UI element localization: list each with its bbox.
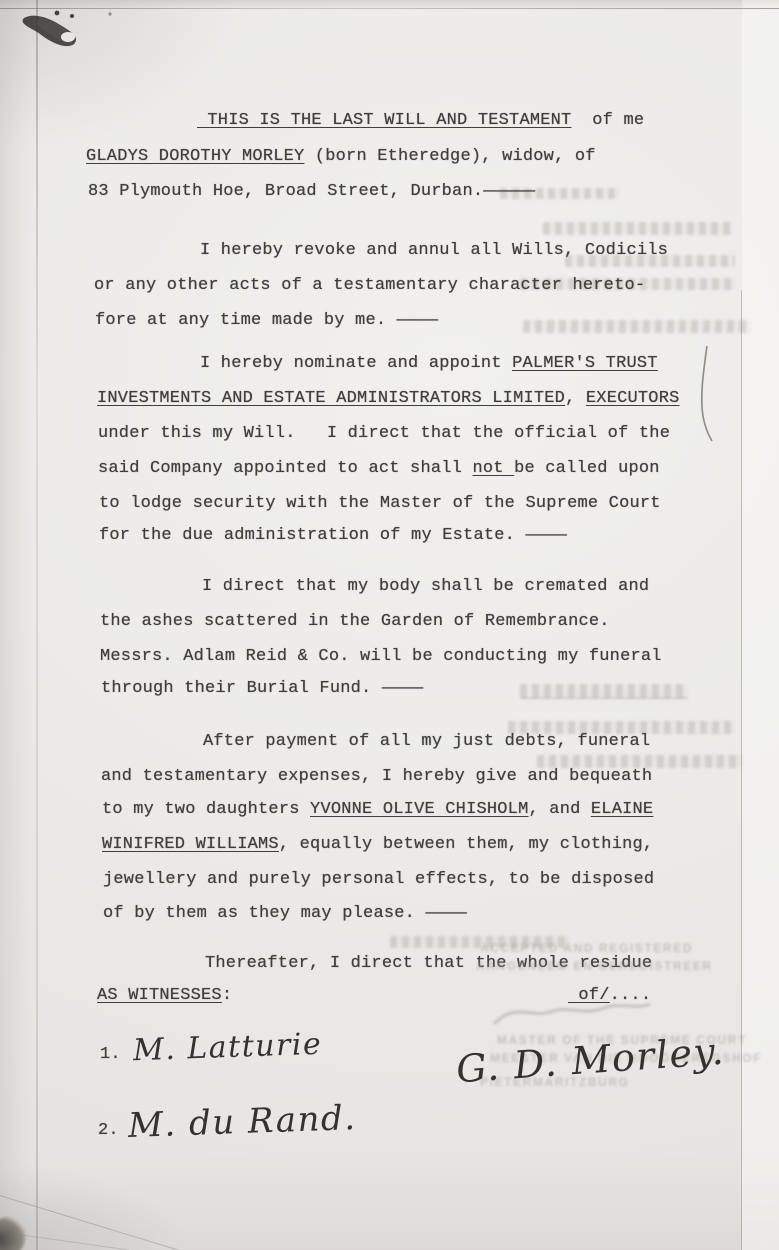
text-segment: , and: [528, 800, 590, 819]
typewritten-line: to my two daughters YVONNE OLIVE CHISHOL…: [102, 799, 653, 820]
typewritten-line: under this my Will. I direct that the of…: [98, 423, 670, 444]
text-segment: of me: [571, 111, 644, 130]
text-segment: :: [222, 986, 232, 1005]
text-segment: I hereby nominate and appoint: [200, 354, 512, 373]
typewritten-line: said Company appointed to act shall not …: [98, 458, 660, 479]
vertical-fold-crease: [36, 0, 38, 1250]
typewritten-line: 2.: [98, 1120, 119, 1141]
text-segment: through their Burial Fund. ————: [101, 679, 423, 698]
text-segment: to lodge security with the Master of the…: [99, 494, 661, 513]
text-segment: , equally between them, my clothing,: [279, 835, 653, 854]
underlined-text-segment: INVESTMENTS AND ESTATE ADMINISTRATORS LI…: [97, 389, 565, 408]
underlined-text-segment: EXECUTORS: [586, 389, 680, 408]
text-segment: ....: [610, 986, 652, 1005]
text-segment: fore at any time made by me. ————: [95, 311, 438, 330]
typewritten-line: I direct that my body shall be cremated …: [202, 576, 649, 597]
bottom-left-crease: [0, 1192, 181, 1250]
typewritten-line: and testamentary expenses, I hereby give…: [101, 766, 652, 787]
bleed-smudge: [523, 320, 751, 333]
scanned-will-page: THIS IS THE LAST WILL AND TESTAMENT of m…: [0, 0, 779, 1250]
underlined-text-segment: not: [472, 459, 514, 478]
text-segment: 83 Plymouth Hoe, Broad Street, Durban.——…: [88, 182, 535, 201]
typewritten-line: for the due administration of my Estate.…: [99, 525, 567, 546]
typewritten-line: I hereby revoke and annul all Wills, Cod…: [200, 240, 668, 261]
text-segment: 2.: [98, 1121, 119, 1140]
text-segment: ,: [565, 389, 586, 408]
typewritten-line: GLADYS DOROTHY MORLEY (born Etheredge), …: [86, 146, 596, 167]
paper-shading-bottom-left: [0, 1140, 260, 1250]
typewritten-line: jewellery and purely personal effects, t…: [103, 869, 654, 890]
text-segment: for the due administration of my Estate.…: [99, 526, 567, 545]
underlined-text-segment: YVONNE OLIVE CHISHOLM: [310, 800, 528, 819]
typewritten-line: 1.: [100, 1044, 121, 1065]
pen-stroke-mark: [695, 340, 725, 450]
paper-shading-bottom: [0, 1150, 779, 1250]
text-segment: I direct that my body shall be cremated …: [202, 577, 649, 596]
staple-mark: [10, 4, 140, 64]
text-segment: said Company appointed to act shall: [98, 459, 472, 478]
typewritten-line: through their Burial Fund. ————: [101, 678, 423, 699]
bottom-left-corner-blot: [0, 1216, 26, 1250]
typewritten-line: 83 Plymouth Hoe, Broad Street, Durban.——…: [88, 181, 535, 202]
text-segment: 1.: [100, 1045, 121, 1064]
bleed-through-stamp-text: ACCEPTED AND REGISTERED: [480, 941, 693, 955]
underlined-text-segment: AS WITNESSES: [97, 986, 222, 1005]
paper-shading-left: [0, 0, 38, 1250]
text-segment: to my two daughters: [102, 800, 310, 819]
typewritten-line: After payment of all my just debts, fune…: [203, 731, 650, 752]
text-segment: of by them as they may please. ————: [103, 904, 467, 923]
text-segment: under this my Will. I direct that the of…: [98, 424, 670, 443]
typewritten-line: Messrs. Adlam Reid & Co. will be conduct…: [100, 646, 662, 667]
typewritten-line: the ashes scattered in the Garden of Rem…: [100, 611, 610, 632]
text-segment: and testamentary expenses, I hereby give…: [101, 767, 652, 786]
typewritten-line: to lodge security with the Master of the…: [99, 493, 661, 514]
bleed-through-stamp-text: AANGENEEM EN GEREGISTREER: [476, 959, 713, 973]
text-segment: (born Etheredge), widow, of: [304, 147, 595, 166]
typewritten-line: of/....: [568, 985, 651, 1006]
text-segment: or any other acts of a testamentary char…: [94, 276, 645, 295]
underlined-text-segment: of/: [568, 986, 610, 1005]
underlined-text-segment: PALMER'S TRUST: [512, 354, 658, 373]
bleed-smudge-underlined: [520, 684, 688, 699]
page-edge-line-right: [741, 290, 742, 1250]
witness-1-signature: M. Latturie: [132, 1027, 322, 1069]
text-segment: be called upon: [514, 459, 660, 478]
underlined-text-segment: THIS IS THE LAST WILL AND TESTAMENT: [197, 111, 571, 130]
typewritten-line: INVESTMENTS AND ESTATE ADMINISTRATORS LI…: [97, 388, 680, 409]
testatrix-signature: G. D. Morley.: [455, 1029, 726, 1092]
witness-2-signature: M. du Rand.: [127, 1098, 357, 1146]
text-segment: the ashes scattered in the Garden of Rem…: [100, 612, 610, 631]
typewritten-line: fore at any time made by me. ————: [95, 310, 438, 331]
typewritten-line: WINIFRED WILLIAMS, equally between them,…: [102, 834, 653, 855]
underlined-text-segment: ELAINE: [591, 800, 653, 819]
typewritten-line: or any other acts of a testamentary char…: [94, 275, 645, 296]
text-segment: Messrs. Adlam Reid & Co. will be conduct…: [100, 647, 662, 666]
horizontal-top-crease: [0, 8, 779, 9]
typewritten-line: AS WITNESSES:: [97, 985, 232, 1006]
text-segment: After payment of all my just debts, fune…: [203, 732, 650, 751]
text-segment: jewellery and purely personal effects, t…: [103, 870, 654, 889]
text-segment: I hereby revoke and annul all Wills, Cod…: [200, 241, 668, 260]
underlined-text-segment: WINIFRED WILLIAMS: [102, 835, 279, 854]
typewritten-line: I hereby nominate and appoint PALMER'S T…: [200, 353, 658, 374]
underlined-text-segment: GLADYS DOROTHY MORLEY: [86, 147, 304, 166]
typewritten-line: of by them as they may please. ————: [103, 903, 467, 924]
bleed-smudge: [543, 222, 733, 235]
typewritten-line: THIS IS THE LAST WILL AND TESTAMENT of m…: [197, 110, 644, 131]
